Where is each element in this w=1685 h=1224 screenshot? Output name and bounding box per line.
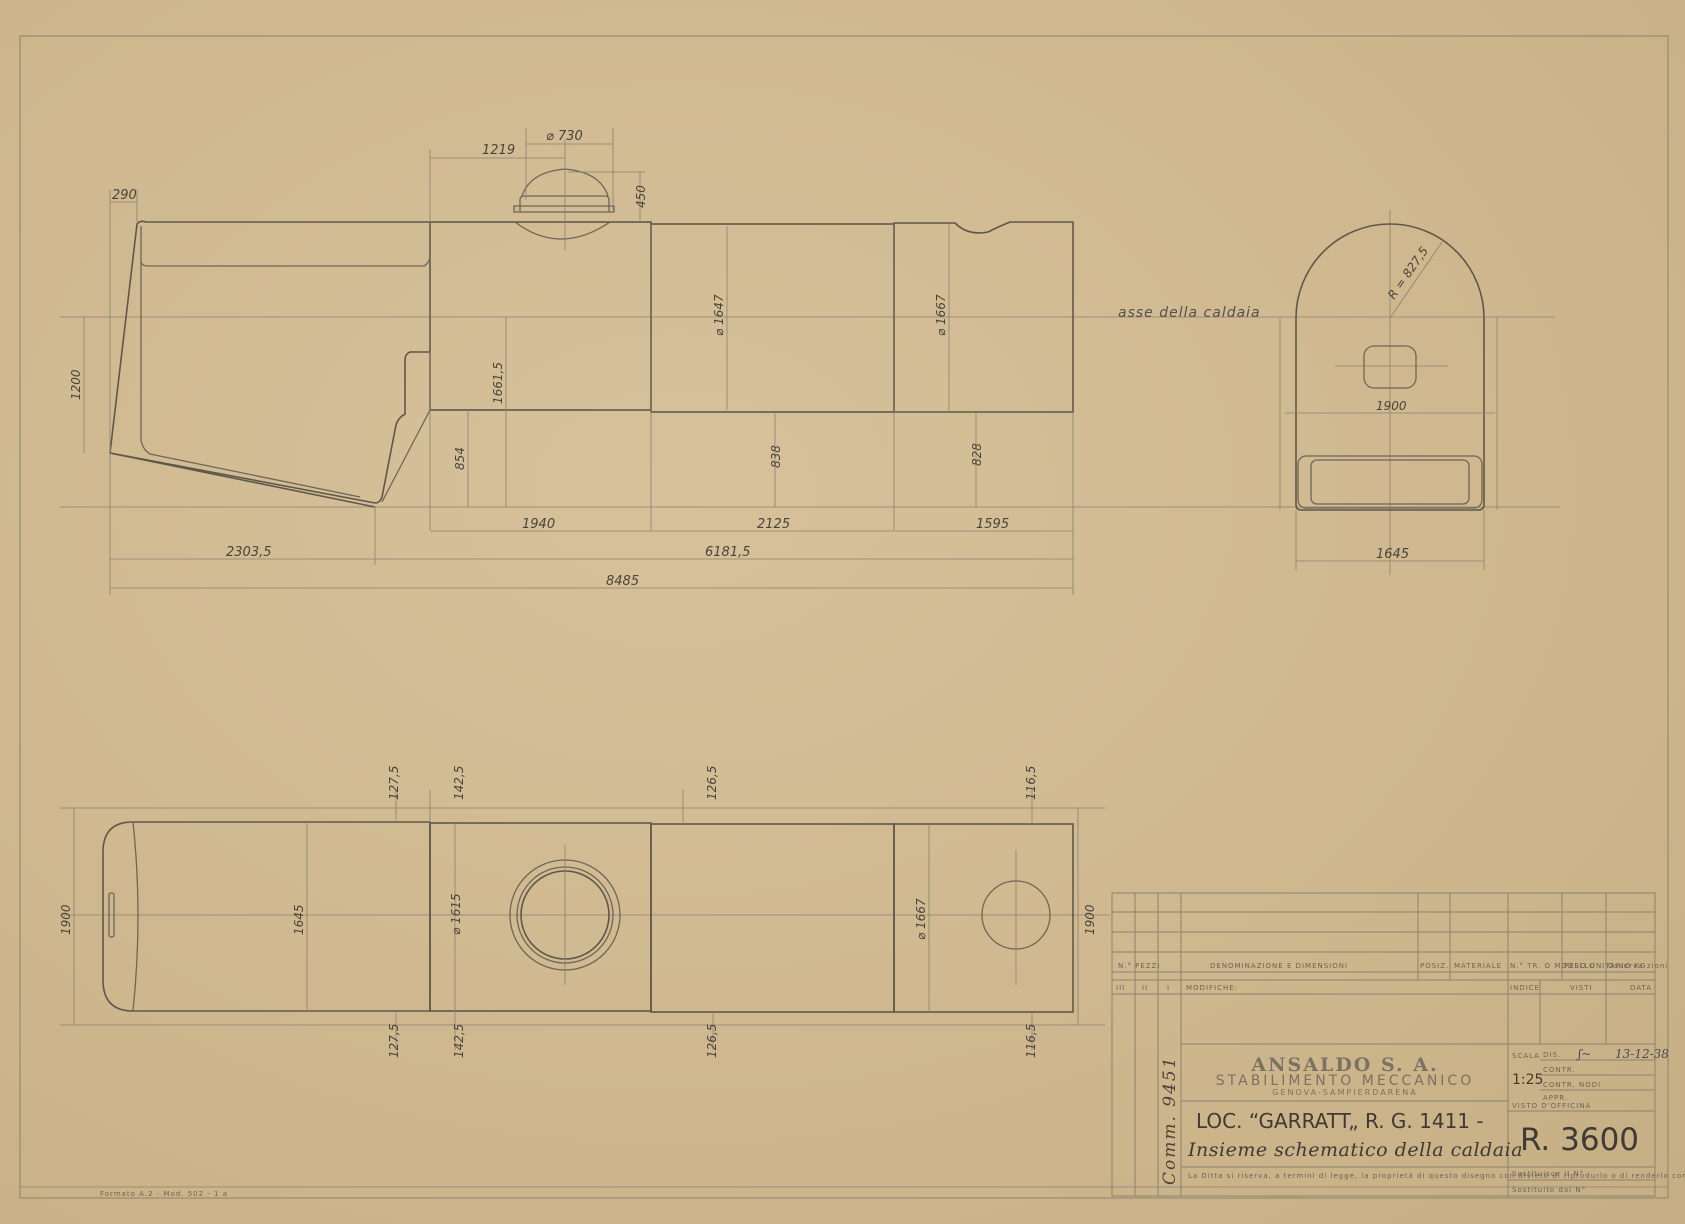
header-n-pezzi: N.° PEZZI — [1118, 962, 1161, 970]
drawing-sheet: asse della caldaia 290 1219 — [0, 0, 1685, 1224]
sheet-border — [20, 36, 1668, 1198]
legal-note: La Ditta si riserva, a termini di legge,… — [1188, 1172, 1685, 1180]
dim-8485: 8485 — [606, 574, 639, 589]
dim-2303: 2303,5 — [226, 545, 272, 560]
sostituito-label: Sostituito dal N° — [1512, 1186, 1586, 1194]
dim-290: 290 — [112, 188, 137, 203]
mod-indice: INDICE — [1510, 984, 1540, 992]
dim-dome-dia: ⌀ 730 — [546, 129, 583, 144]
firebox-outline — [110, 221, 430, 503]
dim-6181: 6181,5 — [705, 545, 751, 560]
dim-1645-end: 1645 — [1376, 547, 1409, 562]
dim-450: 450 — [634, 185, 648, 208]
scale-value: 1:25 — [1512, 1072, 1543, 1088]
dim-top-126: 126,5 — [705, 766, 719, 800]
plan-view: 1900 1645 ⌀ 1615 ⌀ 1667 1900 127,5 142,5… — [59, 766, 1110, 1058]
appr-label: APPR. — [1543, 1094, 1568, 1102]
header-osservazioni: Osserva-zioni — [1608, 962, 1668, 970]
signature-date: 13-12-38 — [1615, 1047, 1669, 1061]
contr-nodi-label: CONTR. NODI — [1543, 1081, 1601, 1089]
dim-1595: 1595 — [976, 517, 1009, 532]
dis-label: DIS. — [1543, 1051, 1561, 1059]
end-view: R = 827,5 1900 1645 — [1280, 210, 1497, 575]
dim-1667: ⌀ 1667 — [934, 294, 948, 336]
drawing-number: R. 3600 — [1520, 1122, 1639, 1158]
dim-top-142: 142,5 — [452, 766, 466, 800]
mod-data: DATA — [1630, 984, 1652, 992]
mod-col-ii: II — [1142, 984, 1148, 992]
header-denominazione: DENOMINAZIONE E DIMENSIONI — [1210, 962, 1348, 970]
dim-854: 854 — [453, 447, 467, 470]
dim-bot-116: 116,5 — [1024, 1024, 1038, 1058]
mod-modifiche: MODIFICHE: — [1186, 984, 1238, 992]
mod-col-i: I — [1167, 984, 1170, 992]
dim-1661: 1661,5 — [491, 362, 505, 404]
dim-bot-142: 142,5 — [452, 1024, 466, 1058]
side-view: asse della caldaia 290 1219 — [60, 128, 1560, 595]
axis-label: asse della caldaia — [1118, 305, 1261, 321]
commessa-number: Comm. 9451 — [1160, 1055, 1180, 1185]
dim-1645-plan: 1645 — [292, 904, 306, 935]
dim-1940: 1940 — [522, 517, 555, 532]
plant-city: GENOVA-SAMPIERDARENA — [1272, 1088, 1418, 1097]
dim-1200: 1200 — [69, 369, 83, 400]
dim-1615: ⌀ 1615 — [449, 893, 463, 935]
mod-visti: VISTI — [1570, 984, 1593, 992]
dim-1667-plan: ⌀ 1667 — [914, 898, 928, 940]
sostituisce-label: Sostituisce il N° — [1512, 1170, 1584, 1178]
dim-1900-right: 1900 — [1083, 904, 1097, 935]
dim-top-116: 116,5 — [1024, 766, 1038, 800]
dim-bot-127: 127,5 — [387, 1024, 401, 1058]
dim-bot-126: 126,5 — [705, 1024, 719, 1058]
header-posiz: POSIZ. — [1420, 962, 1449, 970]
dim-radius: R = 827,5 — [1385, 244, 1431, 301]
visto-label: VISTO D'OFFICINA — [1512, 1102, 1591, 1110]
dim-1900-end: 1900 — [1376, 399, 1407, 413]
drawing-title: LOC. “GARRATT„ R. G. 1411 - — [1196, 1109, 1484, 1133]
drawing-subtitle: Insieme schematico della caldaia — [1187, 1139, 1523, 1161]
signature-dis: ʃ~ — [1575, 1047, 1591, 1061]
title-block: N.° PEZZI DENOMINAZIONE E DIMENSIONI POS… — [1112, 893, 1685, 1196]
scale-label: SCALA — [1512, 1052, 1540, 1060]
format-note: Formato A.2 - Mod. 502 - 1 a — [100, 1190, 228, 1198]
dim-838: 838 — [769, 445, 783, 468]
dim-2125: 2125 — [757, 517, 790, 532]
dim-1647: ⌀ 1647 — [712, 294, 726, 336]
header-materiale: MATERIALE — [1454, 962, 1502, 970]
dim-1900-left: 1900 — [59, 904, 73, 935]
mod-col-iii: III — [1116, 984, 1125, 992]
dim-1219: 1219 — [482, 143, 515, 158]
contr-label: CONTR. — [1543, 1066, 1576, 1074]
dim-828: 828 — [970, 443, 984, 466]
plant-name: STABILIMENTO MECCANICO — [1216, 1073, 1474, 1089]
engineering-drawing: asse della caldaia 290 1219 — [0, 0, 1685, 1224]
dim-top-127: 127,5 — [387, 766, 401, 800]
